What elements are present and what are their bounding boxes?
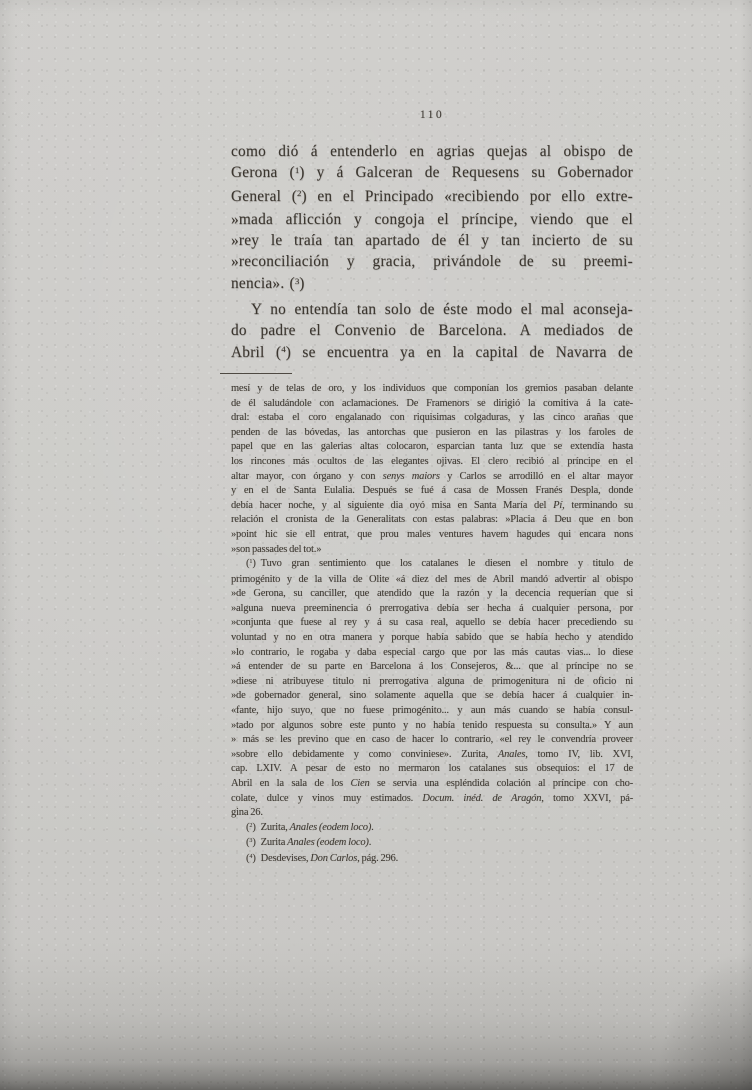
text-line: »son passades del tot.»	[231, 543, 633, 558]
footnote-4: (4) Desdevises, Don Carlos, pág. 296.	[231, 852, 633, 868]
text-segment: , terminando su	[562, 500, 633, 511]
text-line: (3) Zurita Anales (eodem loco).	[231, 836, 633, 852]
text-segment: »conjunta que fuese al rey y á su casa r…	[231, 617, 633, 628]
text-segment: Docum. inéd. de Aragón	[422, 793, 541, 804]
text-line: gina 26.	[231, 806, 633, 821]
text-segment: » más se les previno que en caso de hace…	[231, 734, 633, 745]
text-line: (1) Tuvo gran sentimiento que los catala…	[231, 557, 633, 573]
text-segment: .	[369, 837, 371, 848]
text-line: » más se les previno que en caso de hace…	[231, 733, 633, 748]
text-segment: dral: estaba el coro engalanado con riqu…	[231, 412, 633, 423]
text-line: Abril en la sala de los Cien se servia u…	[231, 777, 633, 792]
footnote-separator-rule	[220, 373, 292, 374]
text-segment: y en el de Santa Eulalia. Después se fué…	[231, 485, 633, 496]
text-segment: »de Gerona, su canciller, que atendido q…	[231, 588, 633, 599]
footnote-marker: 1	[295, 165, 299, 175]
text-line: »point hic sie ell entrat, que prou male…	[231, 528, 633, 543]
footnote-2: (2) Zurita, Anales (eodem loco).	[231, 821, 633, 837]
text-segment: »de gobernador general, sino solamente a…	[231, 690, 633, 701]
text-segment: Pí	[553, 500, 562, 511]
main-text: como dió á entenderlo en agrias quejas a…	[231, 141, 633, 365]
main-paragraph-2: Y no entendía tan solo de éste modo el m…	[231, 299, 633, 365]
text-line: »conjunta que fuese al rey y á su casa r…	[231, 616, 633, 631]
text-line: »reconciliación y gracia, privándole de …	[231, 251, 633, 272]
text-segment: General (	[231, 188, 297, 205]
footnote-marker: 2	[249, 823, 252, 829]
text-segment: Y no entendía tan solo de éste modo el m…	[251, 301, 633, 318]
text-line: voluntad y no en otra manera y porque ha…	[231, 631, 633, 646]
text-line: »rey le traía tan apartado de él y tan i…	[231, 230, 633, 251]
text-segment: y Carlos se arrodilló en el altar mayor	[440, 471, 633, 482]
text-block: como dió á entenderlo en agrias quejas a…	[231, 141, 633, 868]
footnote-marker: 3	[249, 838, 252, 844]
text-segment: ) en el Principado «recibiendo por ello …	[301, 188, 633, 205]
text-line: papel que en las galerias altas colocaro…	[231, 440, 633, 455]
text-segment: ) Zurita,	[252, 822, 289, 833]
text-segment: voluntad y no en otra manera y porque ha…	[231, 632, 633, 643]
text-segment: , tomo XXVI, pá-	[541, 793, 633, 804]
text-line: »de gobernador general, sino solamente a…	[231, 689, 633, 704]
text-segment: Anales	[498, 749, 525, 760]
text-line: altar mayor, con órgano y con senys maio…	[231, 470, 633, 485]
text-segment: primogénito y de la villa de Olite «á di…	[231, 574, 633, 585]
text-line: Y no entendía tan solo de éste modo el m…	[231, 299, 633, 320]
text-segment: colate, dulce y vinos muy estimados.	[231, 793, 422, 804]
text-line: (4) Desdevises, Don Carlos, pág. 296.	[231, 852, 633, 868]
text-segment: cap. LXIV. A pesar de esto no mermaron l…	[231, 763, 633, 774]
footnote-continuation: mesí y de telas de oro, y los individuos…	[231, 382, 633, 557]
footnote-3: (3) Zurita Anales (eodem loco).	[231, 836, 633, 852]
text-segment: Don Carlos	[310, 853, 357, 864]
text-segment: »sobre ello debidamente y como convinies…	[231, 749, 498, 760]
text-segment: »point hic sie ell entrat, que prou male…	[231, 529, 633, 540]
text-line: debía hacer noche, y al siguiente dia oy…	[231, 499, 633, 514]
text-segment: »lo contrario, le rogaba y daba especial…	[231, 647, 633, 658]
footnotes-section: mesí y de telas de oro, y los individuos…	[231, 382, 633, 868]
text-line: »sobre ello debidamente y como convinies…	[231, 748, 633, 763]
text-line: de él saludándole con aclamaciones. De F…	[231, 397, 633, 412]
text-line: «fante, hijo suyo, que no fuese primogén…	[231, 704, 633, 719]
text-line: »de Gerona, su canciller, que atendido q…	[231, 587, 633, 602]
text-segment: Anales (eodem loco)	[287, 837, 369, 848]
text-segment: )	[299, 275, 304, 292]
text-segment: los rincones más ocultos de las elegante…	[231, 456, 633, 467]
text-line: como dió á entenderlo en agrias quejas a…	[231, 141, 633, 162]
text-line: Abril (4) se encuentra ya en la capital …	[231, 342, 633, 365]
text-segment: , tomo IV, lib. XVI,	[525, 749, 633, 760]
text-segment: ) y á Galceran de Requesens su Gobernado…	[299, 164, 633, 181]
text-segment: »son passades del tot.»	[231, 544, 321, 555]
text-segment: »reconciliación y gracia, privándole de …	[231, 253, 633, 270]
text-line: los rincones más ocultos de las elegante…	[231, 455, 633, 470]
text-line: do padre el Convenio de Barcelona. A med…	[231, 320, 633, 341]
text-line: »alguna nueva preeminencia ó prerrogativ…	[231, 602, 633, 617]
text-line: mesí y de telas de oro, y los individuos…	[231, 382, 633, 397]
text-segment: Anales (eodem loco)	[290, 822, 372, 833]
text-segment: gina 26.	[231, 807, 263, 818]
text-line: »lo contrario, le rogaba y daba especial…	[231, 646, 633, 661]
text-line: Gerona (1) y á Galceran de Requesens su …	[231, 162, 633, 185]
text-segment: mesí y de telas de oro, y los individuos…	[231, 383, 633, 394]
scanned-book-page: 110 como dió á entenderlo en agrias quej…	[0, 0, 752, 1090]
main-paragraph-1: como dió á entenderlo en agrias quejas a…	[231, 141, 633, 296]
footnote-marker: 4	[281, 344, 285, 354]
text-segment: como dió á entenderlo en agrias quejas a…	[231, 143, 633, 160]
footnote-marker: 4	[249, 854, 252, 860]
page-number: 110	[231, 109, 633, 121]
text-segment: ) se encuentra ya en la capital de Navar…	[286, 344, 633, 361]
text-segment: »rey le traía tan apartado de él y tan i…	[231, 232, 633, 249]
text-line: »diese ni atribuyese titulo ni prerrogat…	[231, 675, 633, 690]
text-line: »mada aflicción y congoja el príncipe, v…	[231, 209, 633, 230]
text-line: nencia». (3)	[231, 273, 633, 296]
text-segment: senys maiors	[383, 471, 440, 482]
text-segment: »á entender de su parte en Barcelona á l…	[231, 661, 633, 672]
text-segment: ) Tuvo gran sentimiento que los catalane…	[252, 558, 633, 569]
text-line: dral: estaba el coro engalanado con riqu…	[231, 411, 633, 426]
text-segment: »mada aflicción y congoja el príncipe, v…	[231, 211, 633, 228]
text-segment: relación el cronista de la Generalitats …	[231, 514, 633, 525]
text-segment: , pág. 296.	[357, 853, 398, 864]
text-line: colate, dulce y vinos muy estimados. Doc…	[231, 792, 633, 807]
text-segment: »tado por algunos sobre este punto y no …	[231, 720, 633, 731]
text-segment: debía hacer noche, y al siguiente dia oy…	[231, 500, 553, 511]
text-segment: de él saludándole con aclamaciones. De F…	[231, 398, 633, 409]
text-segment: Abril (	[231, 344, 281, 361]
text-segment: Abril en la sala de los	[231, 778, 350, 789]
text-segment: ) Desdevises,	[252, 853, 310, 864]
text-segment: nencia». (	[231, 275, 295, 292]
text-segment: altar mayor, con órgano y con	[231, 471, 383, 482]
text-line: (2) Zurita, Anales (eodem loco).	[231, 821, 633, 837]
text-segment: penden de las bóvedas, las antorchas que…	[231, 427, 633, 438]
text-line: »á entender de su parte en Barcelona á l…	[231, 660, 633, 675]
text-segment: .	[371, 822, 373, 833]
footnote-1: (1) Tuvo gran sentimiento que los catala…	[231, 557, 633, 821]
text-segment: «fante, hijo suyo, que no fuese primogén…	[231, 705, 633, 716]
text-segment: do padre el Convenio de Barcelona. A med…	[231, 322, 633, 339]
text-line: »tado por algunos sobre este punto y no …	[231, 719, 633, 734]
text-segment: Cien	[350, 778, 369, 789]
text-line: penden de las bóvedas, las antorchas que…	[231, 426, 633, 441]
text-line: primogénito y de la villa de Olite «á di…	[231, 573, 633, 588]
text-line: cap. LXIV. A pesar de esto no mermaron l…	[231, 762, 633, 777]
text-segment: ) Zurita	[252, 837, 287, 848]
text-segment: se servia una espléndida colación al prí…	[370, 778, 634, 789]
footnote-marker: 2	[297, 188, 301, 198]
text-segment: »diese ni atribuyese titulo ni prerrogat…	[231, 676, 633, 687]
footnote-marker: 1	[249, 559, 252, 565]
text-line: General (2) en el Principado «recibiendo…	[231, 186, 633, 209]
text-line: relación el cronista de la Generalitats …	[231, 513, 633, 528]
text-segment: papel que en las galerias altas colocaro…	[231, 441, 633, 452]
text-segment: Gerona (	[231, 164, 295, 181]
text-line: y en el de Santa Eulalia. Después se fué…	[231, 484, 633, 499]
footnote-marker: 3	[295, 276, 299, 286]
text-segment: »alguna nueva preeminencia ó prerrogativ…	[231, 603, 633, 614]
